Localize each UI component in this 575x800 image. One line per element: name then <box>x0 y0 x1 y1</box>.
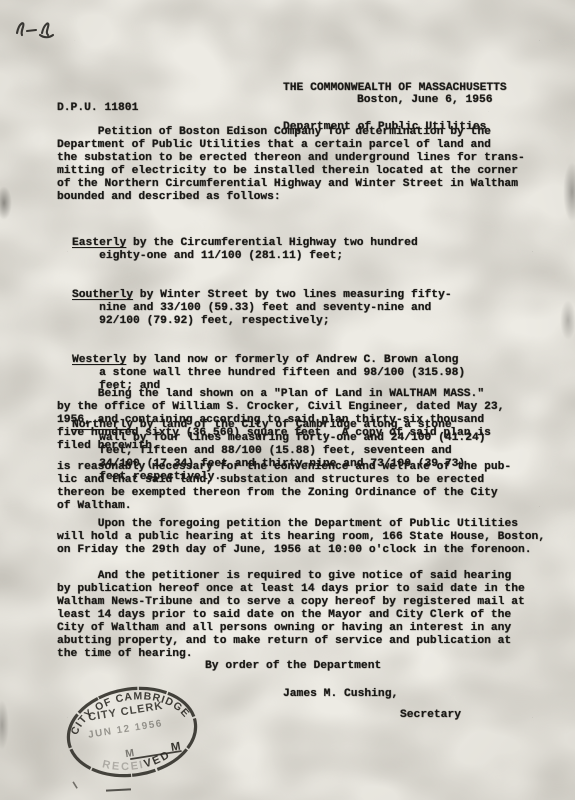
received-stamp: CITY OF CAMBRIDGE CITY CLERK JUN 12 1956… <box>54 680 214 798</box>
hearing-paragraph: Upon the foregoing petition the Departme… <box>57 518 545 557</box>
petition-paragraph: Petition of Boston Edison Company for de… <box>57 126 525 204</box>
scan-smudge <box>0 186 12 220</box>
boundary-southerly: Southerly by Winter Street by two lines … <box>72 289 486 328</box>
boundary-direction-label: Easterly <box>72 237 126 249</box>
signatory-name: James M. Cushing, <box>283 688 398 701</box>
boundary-text: by land now or formerly of Andrew C. Bro… <box>72 354 465 392</box>
scan-smudge <box>0 700 9 750</box>
signatory-title: Secretary <box>400 709 461 722</box>
by-order-line: By order of the Department <box>205 660 381 673</box>
dateline: Boston, June 6, 1956 <box>357 94 493 107</box>
boundary-direction-label: Westerly <box>72 354 126 366</box>
docket-number: D.P.U. 11801 <box>57 102 138 115</box>
handwritten-mark <box>10 14 62 44</box>
plan-paragraph: Being the land shown on a "Plan of Land … <box>57 388 504 453</box>
scan-smudge <box>563 162 575 222</box>
boundary-direction-label: Southerly <box>72 289 133 301</box>
notice-paragraph: And the petitioner is required to give n… <box>57 570 525 661</box>
boundary-easterly: Easterly by the Circumferential Highway … <box>72 237 486 263</box>
scan-smudge <box>560 300 575 340</box>
necessity-paragraph: is reasonably necessary for the convenie… <box>57 461 511 513</box>
scanned-petition-page: THE COMMONWEALTH OF MASSACHUSETTS Depart… <box>0 0 575 800</box>
